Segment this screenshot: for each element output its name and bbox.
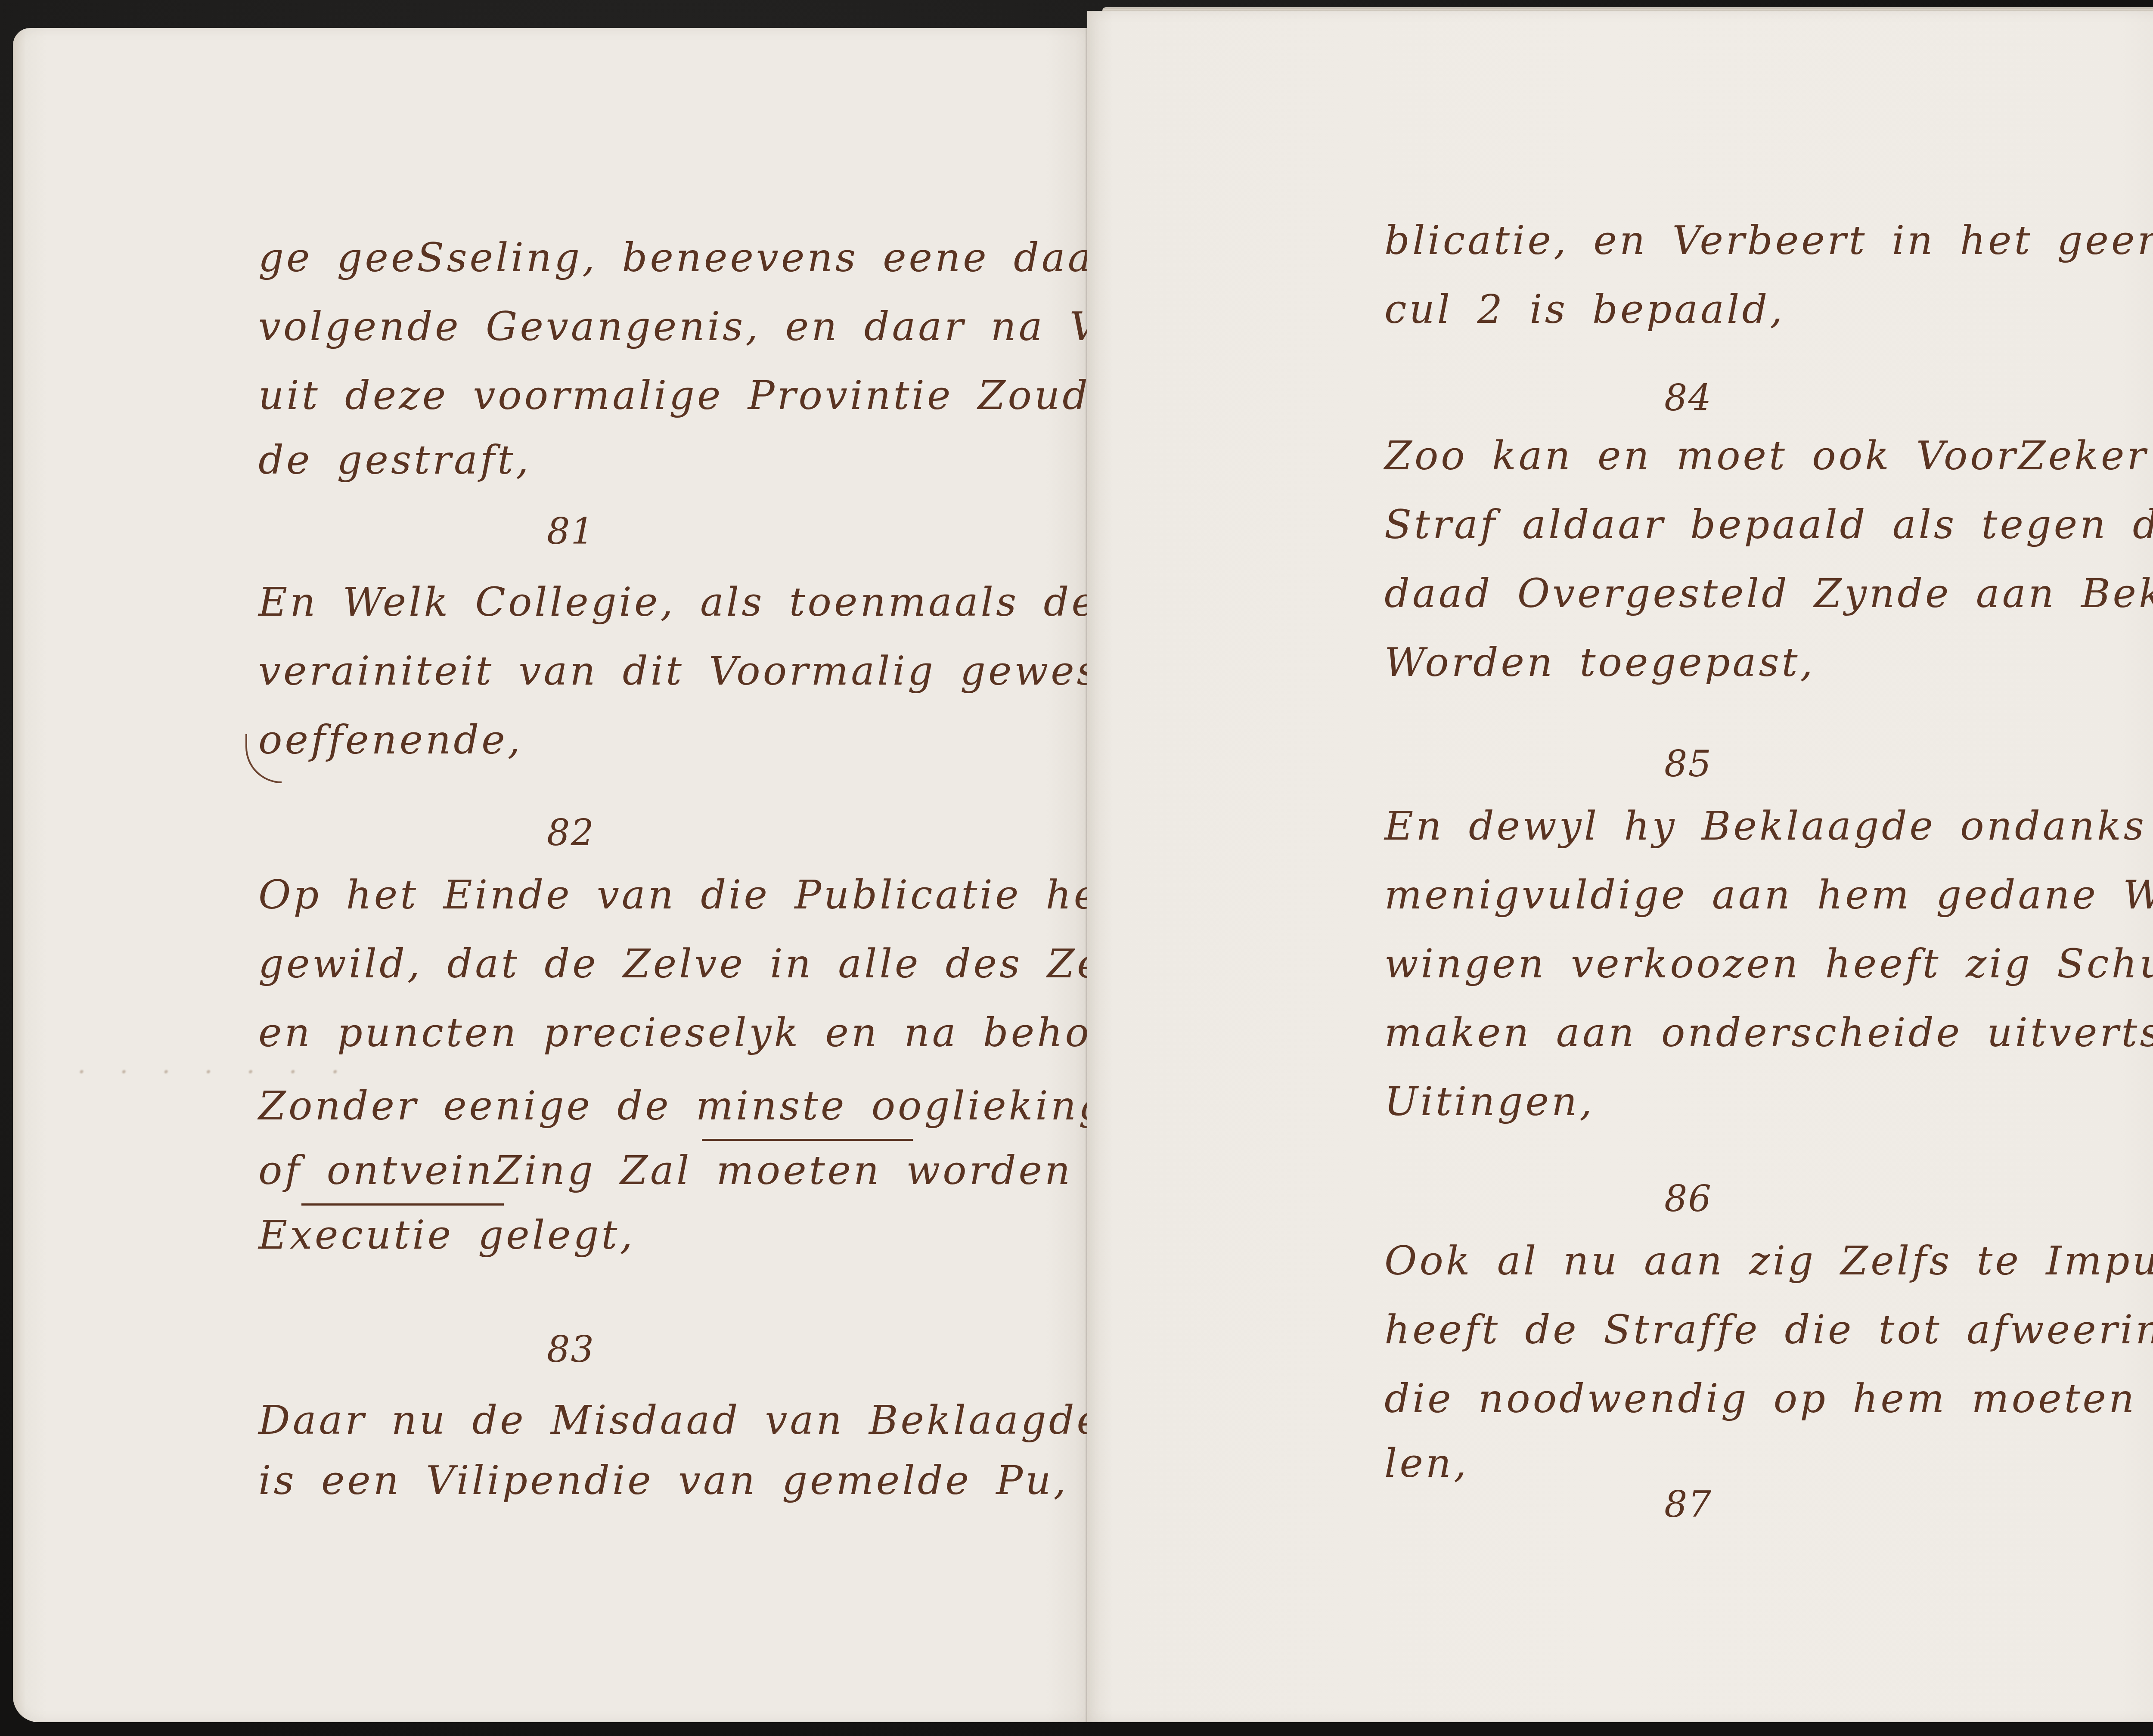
- right-page: blicatie, en Verbeert in het geen Arti, …: [1087, 11, 2153, 1722]
- section-number-82: 82: [547, 812, 595, 854]
- manuscript-line: Daar nu de Misdaad van Beklaagde: [258, 1397, 1103, 1443]
- open-manuscript-book: · · · · · · · ge geeSseling, beneevens e…: [13, 28, 2153, 1722]
- manuscript-line: len,: [1384, 1440, 1469, 1486]
- flourish-stroke: [245, 734, 282, 783]
- section-number-83: 83: [547, 1328, 595, 1370]
- left-page: · · · · · · · ge geeSseling, beneevens e…: [13, 28, 1087, 1722]
- manuscript-line: Straf aldaar bepaald als tegen de mis,: [1384, 502, 2153, 548]
- manuscript-line: Zoo kan en moet ook VoorZeker de: [1384, 433, 2153, 479]
- manuscript-line: En dewyl hy Beklaagde ondanks de: [1384, 803, 2153, 849]
- manuscript-line: wingen verkoozen heeft zig Schuldig te: [1384, 941, 2153, 987]
- right-page-text: blicatie, en Verbeert in het geen Arti, …: [1384, 28, 2153, 1736]
- section-number-86: 86: [1664, 1178, 1712, 1220]
- manuscript-line: is een Vilipendie van gemelde Pu,: [258, 1457, 1069, 1503]
- manuscript-line: Executie gelegt,: [258, 1212, 635, 1258]
- section-number-87: 87: [1664, 1483, 1712, 1525]
- manuscript-line: Worden toegepast,: [1384, 639, 1815, 685]
- manuscript-line: Ook al nu aan zig Zelfs te Imputeeren: [1384, 1238, 2153, 1284]
- manuscript-line: En Welk Collegie, als toenmaals de Sou,: [258, 579, 1222, 625]
- left-page-text: ge geeSseling, beneevens eene daar op vo…: [258, 28, 1076, 1722]
- manuscript-line: menigvuldige aan hem gedane Waarschou,: [1384, 872, 2153, 918]
- manuscript-line: daad Overgesteld Zynde aan Beklaagde: [1384, 570, 2153, 617]
- manuscript-line: Uitingen,: [1384, 1079, 1595, 1125]
- manuscript-line: heeft de Straffe die tot afweering van: [1384, 1307, 2153, 1353]
- manuscript-line: oeffenende,: [258, 717, 523, 763]
- underline-ooglieking: [702, 1139, 913, 1141]
- manuscript-line: de gestraft,: [258, 437, 531, 483]
- manuscript-line: en puncten precieselyk en na behooren: [258, 1010, 1194, 1056]
- manuscript-line: ge geeSseling, beneevens eene daar op: [258, 235, 1194, 281]
- manuscript-line-underlined: Zonder eenige de minste ooglieking: [258, 1083, 1107, 1129]
- manuscript-line: die noodwendig op hem moeten neder hel,: [1384, 1376, 2153, 1422]
- section-number-85: 85: [1664, 743, 1712, 785]
- manuscript-line: Op het Einde van die Publicatie hebben: [258, 872, 1210, 918]
- manuscript-line: cul 2 is bepaald,: [1384, 286, 1785, 332]
- underline-ontveinzing: [301, 1203, 504, 1206]
- manuscript-line-underlined: of ontveinZing Zal moeten worden ter: [258, 1147, 1163, 1193]
- section-number-81: 81: [547, 510, 595, 552]
- manuscript-line: verainiteit van dit Voormalig gewest uit…: [258, 648, 1220, 694]
- section-number-84: 84: [1664, 377, 1712, 419]
- manuscript-line: blicatie, en Verbeert in het geen Arti,: [1384, 217, 2153, 263]
- manuscript-line: maken aan onderscheide uitvertsoende: [1384, 1010, 2153, 1056]
